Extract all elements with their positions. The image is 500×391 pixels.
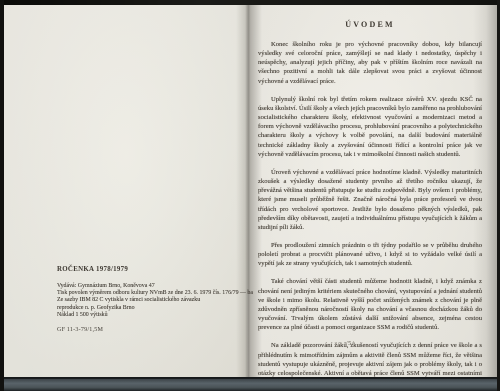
paragraph: Úroveň výchovné a vzdělávací práce hodno… (258, 168, 482, 232)
body-paragraphs: Konec školního roku je pro výchovné prac… (258, 40, 482, 391)
scan-bottom-edge (0, 377, 500, 391)
section-heading: ÚVODEM (258, 20, 482, 29)
print-code: GF 11-3-79/1,5M (57, 327, 103, 333)
paragraph: Také chování větší části studentů můžeme… (258, 277, 482, 332)
imprint-line: Ze sazby IBM 82 C vytiskla v rámci socia… (57, 297, 252, 304)
imprint-line: Náklad 1 500 výtisků (57, 312, 252, 319)
scan-left-edge (0, 0, 4, 391)
imprint-lines: Vydává: Gymnázium Brno, Koněvova 47Tisk … (57, 283, 252, 319)
imprint-line: reprodukce n. p. Geofyzika Brno (57, 305, 252, 312)
yearbook-title: ROČENKA 1978/1979 (57, 266, 128, 273)
page-number: /5/ (300, 340, 400, 347)
paragraph: Přes prodloužení zimních prázdnin o tři … (258, 241, 482, 268)
paragraph: Konec školního roku je pro výchovné prac… (258, 40, 482, 86)
scan-top-edge (0, 0, 500, 5)
book-scan: ROČENKA 1978/1979 Vydává: Gymnázium Brno… (0, 0, 500, 391)
left-page (4, 5, 247, 377)
paragraph: Uplynulý školní rok byl třetím rokem rea… (258, 95, 482, 159)
paper-texture (4, 5, 247, 377)
